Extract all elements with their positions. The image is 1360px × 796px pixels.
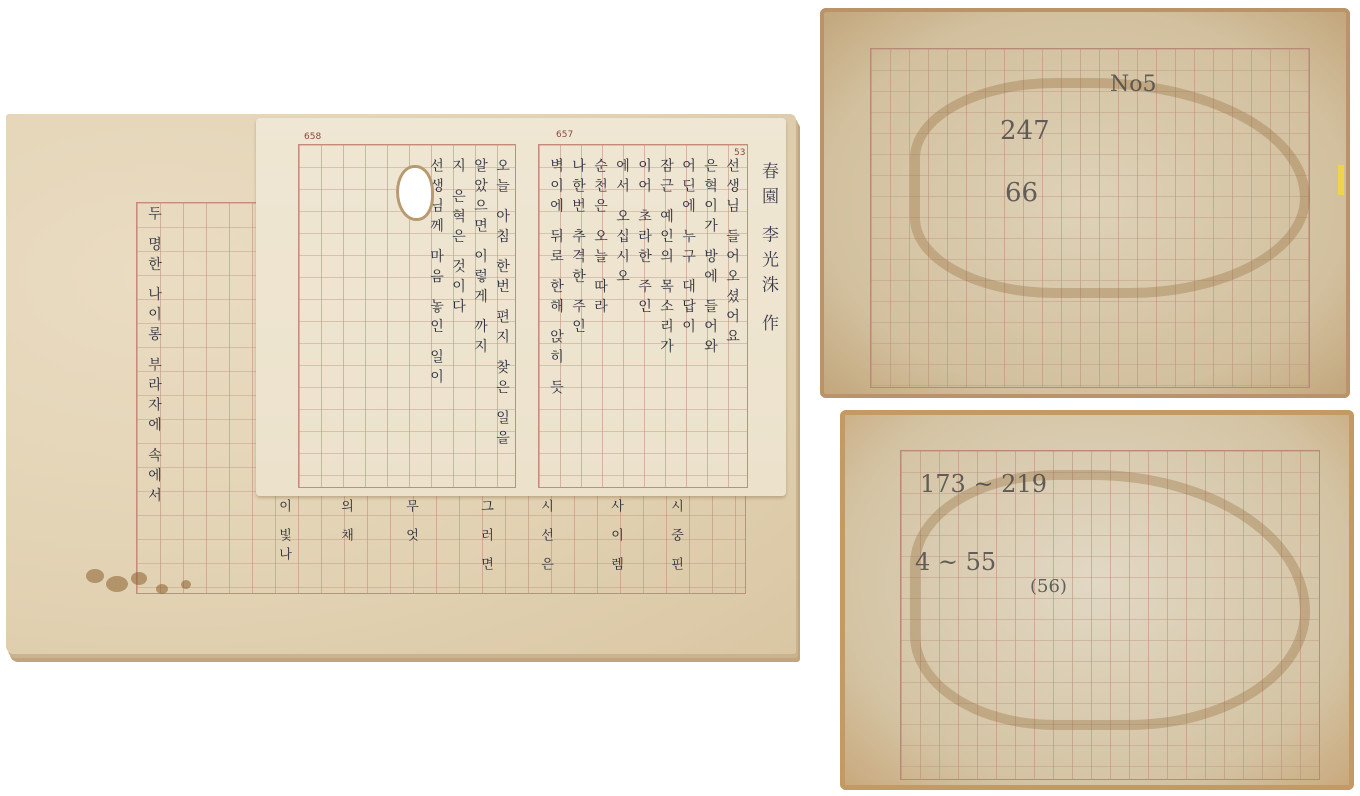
handwriting-column: 지 은혁은 것이다 bbox=[448, 158, 468, 319]
margin-note: 두 명한 나이롱 부라자에 속에서 bbox=[144, 206, 164, 586]
handwriting-column: 은혁이가 방에 들어와 bbox=[700, 158, 720, 359]
handwriting-column: 순천은 오늘 따라 bbox=[590, 158, 610, 319]
paper-hole bbox=[396, 165, 434, 221]
handwriting-column: 시 선 은 bbox=[536, 499, 555, 576]
pencil-note: No5 bbox=[1110, 72, 1157, 97]
page-number: 658 bbox=[304, 132, 321, 142]
yellow-tab bbox=[1338, 165, 1344, 195]
handwriting-column: 시 중 핀 bbox=[666, 499, 685, 576]
ink-stain bbox=[106, 576, 128, 592]
handwriting-column: 선생님 들어오셨어요 bbox=[722, 158, 742, 348]
pencil-note: 4 ~ 55 bbox=[915, 548, 996, 576]
overlay-manuscript-page: 658 657 53 선생님 들어오셨어요 은혁이가 방에 들어와 어딘에 누구… bbox=[256, 118, 786, 496]
handwriting-column: 어딘에 누구 대답이 bbox=[678, 158, 698, 339]
ink-stain bbox=[156, 584, 168, 594]
handwriting-column: 에서 오십시오 bbox=[612, 158, 632, 288]
pencil-note: 173 ~ 219 bbox=[920, 470, 1047, 498]
handwriting-column: 무 엇 bbox=[401, 499, 420, 547]
pencil-note: 247 bbox=[1000, 116, 1050, 146]
handwriting-column: 잠근 예인의 목소리가 bbox=[656, 158, 676, 359]
handwriting-column: 이어 초라한 주인 bbox=[634, 158, 654, 319]
handwriting-column: 나한번 추격한 주인 bbox=[568, 158, 588, 339]
handwriting-column: 사 이 렘 bbox=[606, 499, 625, 576]
pencil-note: (56) bbox=[1030, 576, 1067, 597]
ink-stain bbox=[181, 580, 191, 589]
column-number: 53 bbox=[734, 148, 745, 158]
upper-right-manuscript: No5 247 66 bbox=[820, 8, 1350, 398]
lower-right-manuscript: 173 ~ 219 4 ~ 55 (56) bbox=[840, 410, 1354, 790]
page-number: 657 bbox=[556, 130, 573, 140]
handwriting-column: 이 빛나 bbox=[274, 499, 293, 566]
handwriting-column: 알았으면 이렇게 까지 bbox=[470, 158, 490, 359]
handwriting-column: 벽이에 뒤로 한해 앉히 듯 bbox=[546, 158, 566, 400]
ink-stain bbox=[131, 572, 147, 585]
handwriting-column: 오늘 아침 한번 편지 찾은 일을 bbox=[492, 158, 512, 450]
handwriting-column: 그 러 면 bbox=[476, 499, 495, 576]
author-line: 春園 李光洙 作 bbox=[756, 162, 781, 339]
pencil-note: 66 bbox=[1005, 178, 1038, 208]
ink-stain bbox=[86, 569, 104, 583]
handwriting-column: 의 채 bbox=[336, 499, 355, 547]
